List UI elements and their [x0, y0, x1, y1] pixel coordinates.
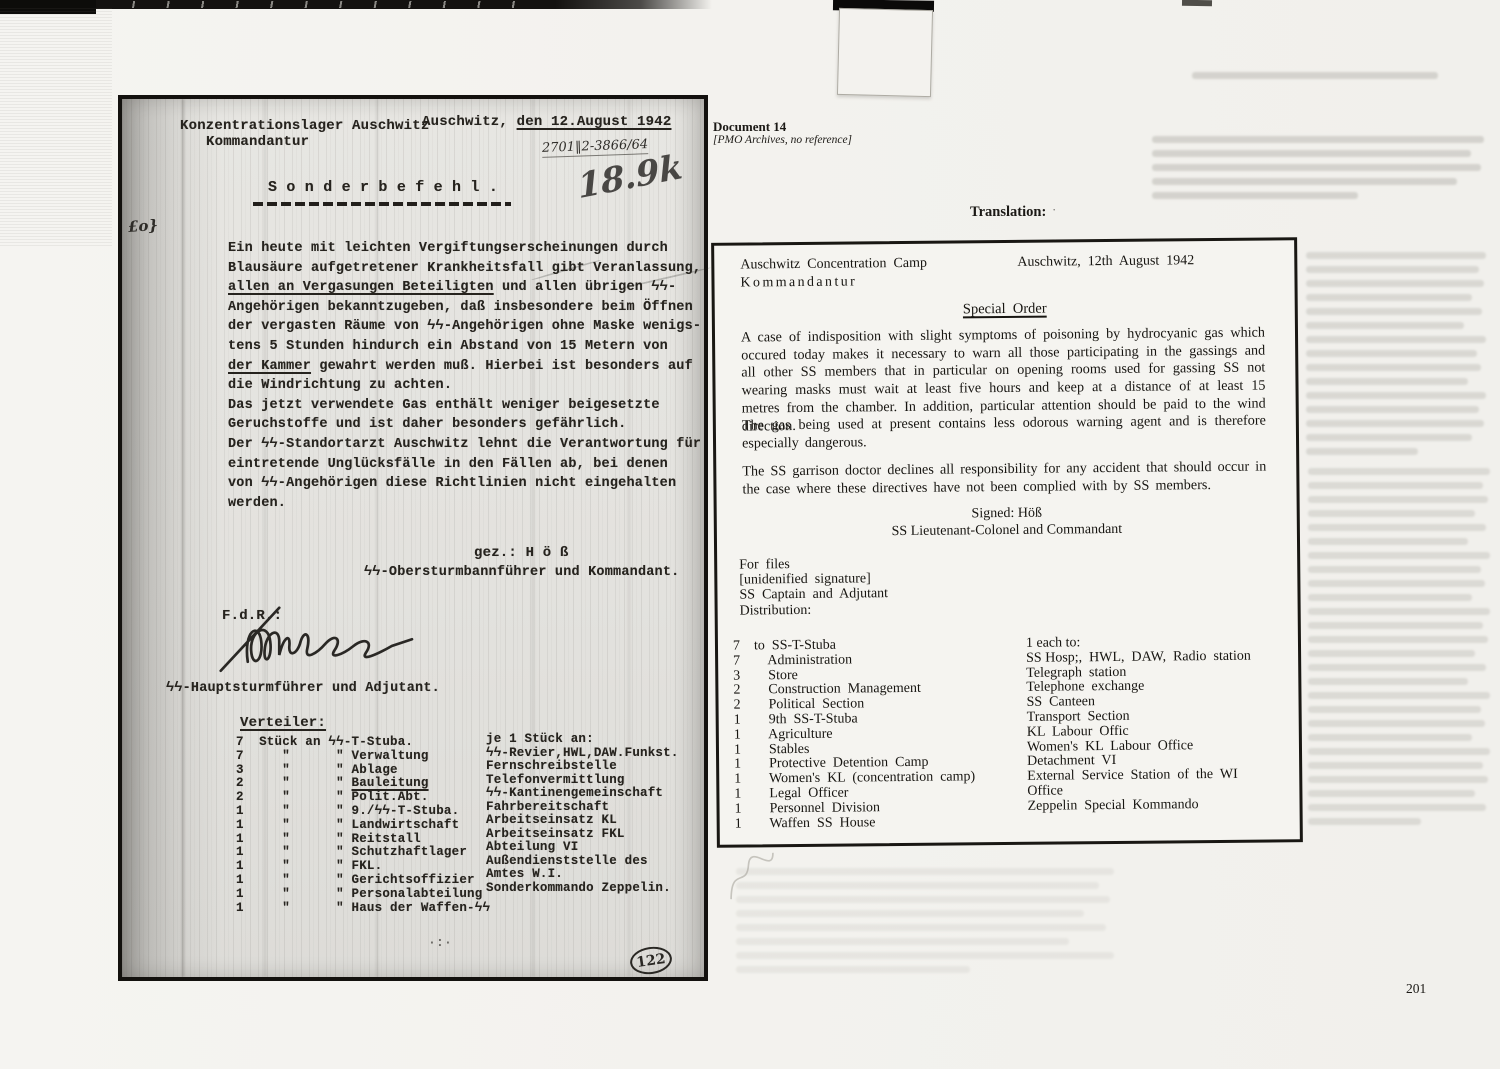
margin-mark: £o} [127, 216, 158, 236]
signed-rank: ϟϟ-Obersturmbannführer und Kommandant. [364, 565, 679, 580]
bleedthrough-text [736, 868, 1114, 980]
pencil-scribble [720, 850, 784, 902]
bleedthrough-text [1306, 252, 1486, 462]
box-distribution-left: 7 to SS-T-Stuba7 Administration3 Store2 … [733, 637, 976, 832]
scan-left-texture [0, 8, 112, 246]
distribution-right-column: je 1 Stück an:ϟϟ-Revier,HWL,DAW.Funkst.F… [486, 733, 679, 895]
box-paragraph-3: The SS garrison doctor declines all resp… [742, 459, 1266, 499]
archive-page-stamp: 122 [628, 944, 673, 977]
box-org-line2: Kommandantur [740, 274, 857, 291]
bleedthrough-heading [1192, 72, 1438, 86]
photocopy-streak [182, 99, 184, 977]
box-org-line1: Auschwitz Concentration Camp [740, 256, 927, 274]
dateline-date: den 12.August 1942 [517, 114, 672, 130]
order-body: Ein heute mit leichten Vergiftungsersche… [228, 239, 701, 513]
order-title: S o n d e r b e f e h l . [268, 179, 498, 196]
org-name-line1: Konzentrationslager Auschwitz [180, 118, 429, 134]
distribution-left-column: 7 Stück an ϟϟ-T-Stuba.7 " " Verwaltung3 … [236, 736, 490, 915]
dateline: Auschwitz, den 12.August 1942 [422, 114, 671, 130]
bleedthrough-text [1152, 136, 1484, 206]
archive-reference: [PMO Archives, no reference] [713, 134, 852, 146]
translation-heading-mark: · [1052, 202, 1056, 218]
handwritten-reference: 2701‖2-3866/64 [542, 137, 649, 158]
distribution-heading: Verteiler: [240, 715, 326, 731]
stray-marks: ·:· [428, 935, 452, 950]
scanned-book-page: Konzentrationslager Auschwitz Kommandant… [0, 0, 1500, 1069]
original-document-scan: Konzentrationslager Auschwitz Kommandant… [118, 95, 708, 981]
signed-line: gez.: H ö ß [474, 545, 569, 561]
scan-top-mark [1182, 0, 1212, 6]
box-files-block: For files[unidenified signature]SS Capta… [739, 556, 888, 618]
translation-box: Auschwitz Concentration Camp Kommandantu… [711, 237, 1303, 848]
title-dash-underline [253, 202, 511, 206]
translation-heading: Translation: [970, 204, 1046, 221]
box-title: Special Order [715, 298, 1295, 321]
box-paragraph-2: The gas being used at present contains l… [742, 413, 1266, 453]
adjutant-rank: ϟϟ-Hauptsturmführer und Adjutant. [166, 681, 440, 696]
box-signed-block: Signed: Höß SS Lieutenant-Colonel and Co… [717, 503, 1297, 542]
org-name-line2: Kommandantur [206, 134, 309, 150]
page-number: 201 [1406, 981, 1426, 997]
box-dateline: Auschwitz, 12th August 1942 [1017, 253, 1194, 271]
paper-tab [837, 8, 933, 97]
bleedthrough-text [1308, 468, 1490, 832]
document-label: Document 14 [713, 119, 786, 135]
box-distribution-right: 1 each to:SS Hosp;, HWL, DAW, Radio stat… [1026, 635, 1252, 815]
dateline-place: Auschwitz, [422, 114, 517, 130]
adjutant-signature [214, 591, 439, 683]
